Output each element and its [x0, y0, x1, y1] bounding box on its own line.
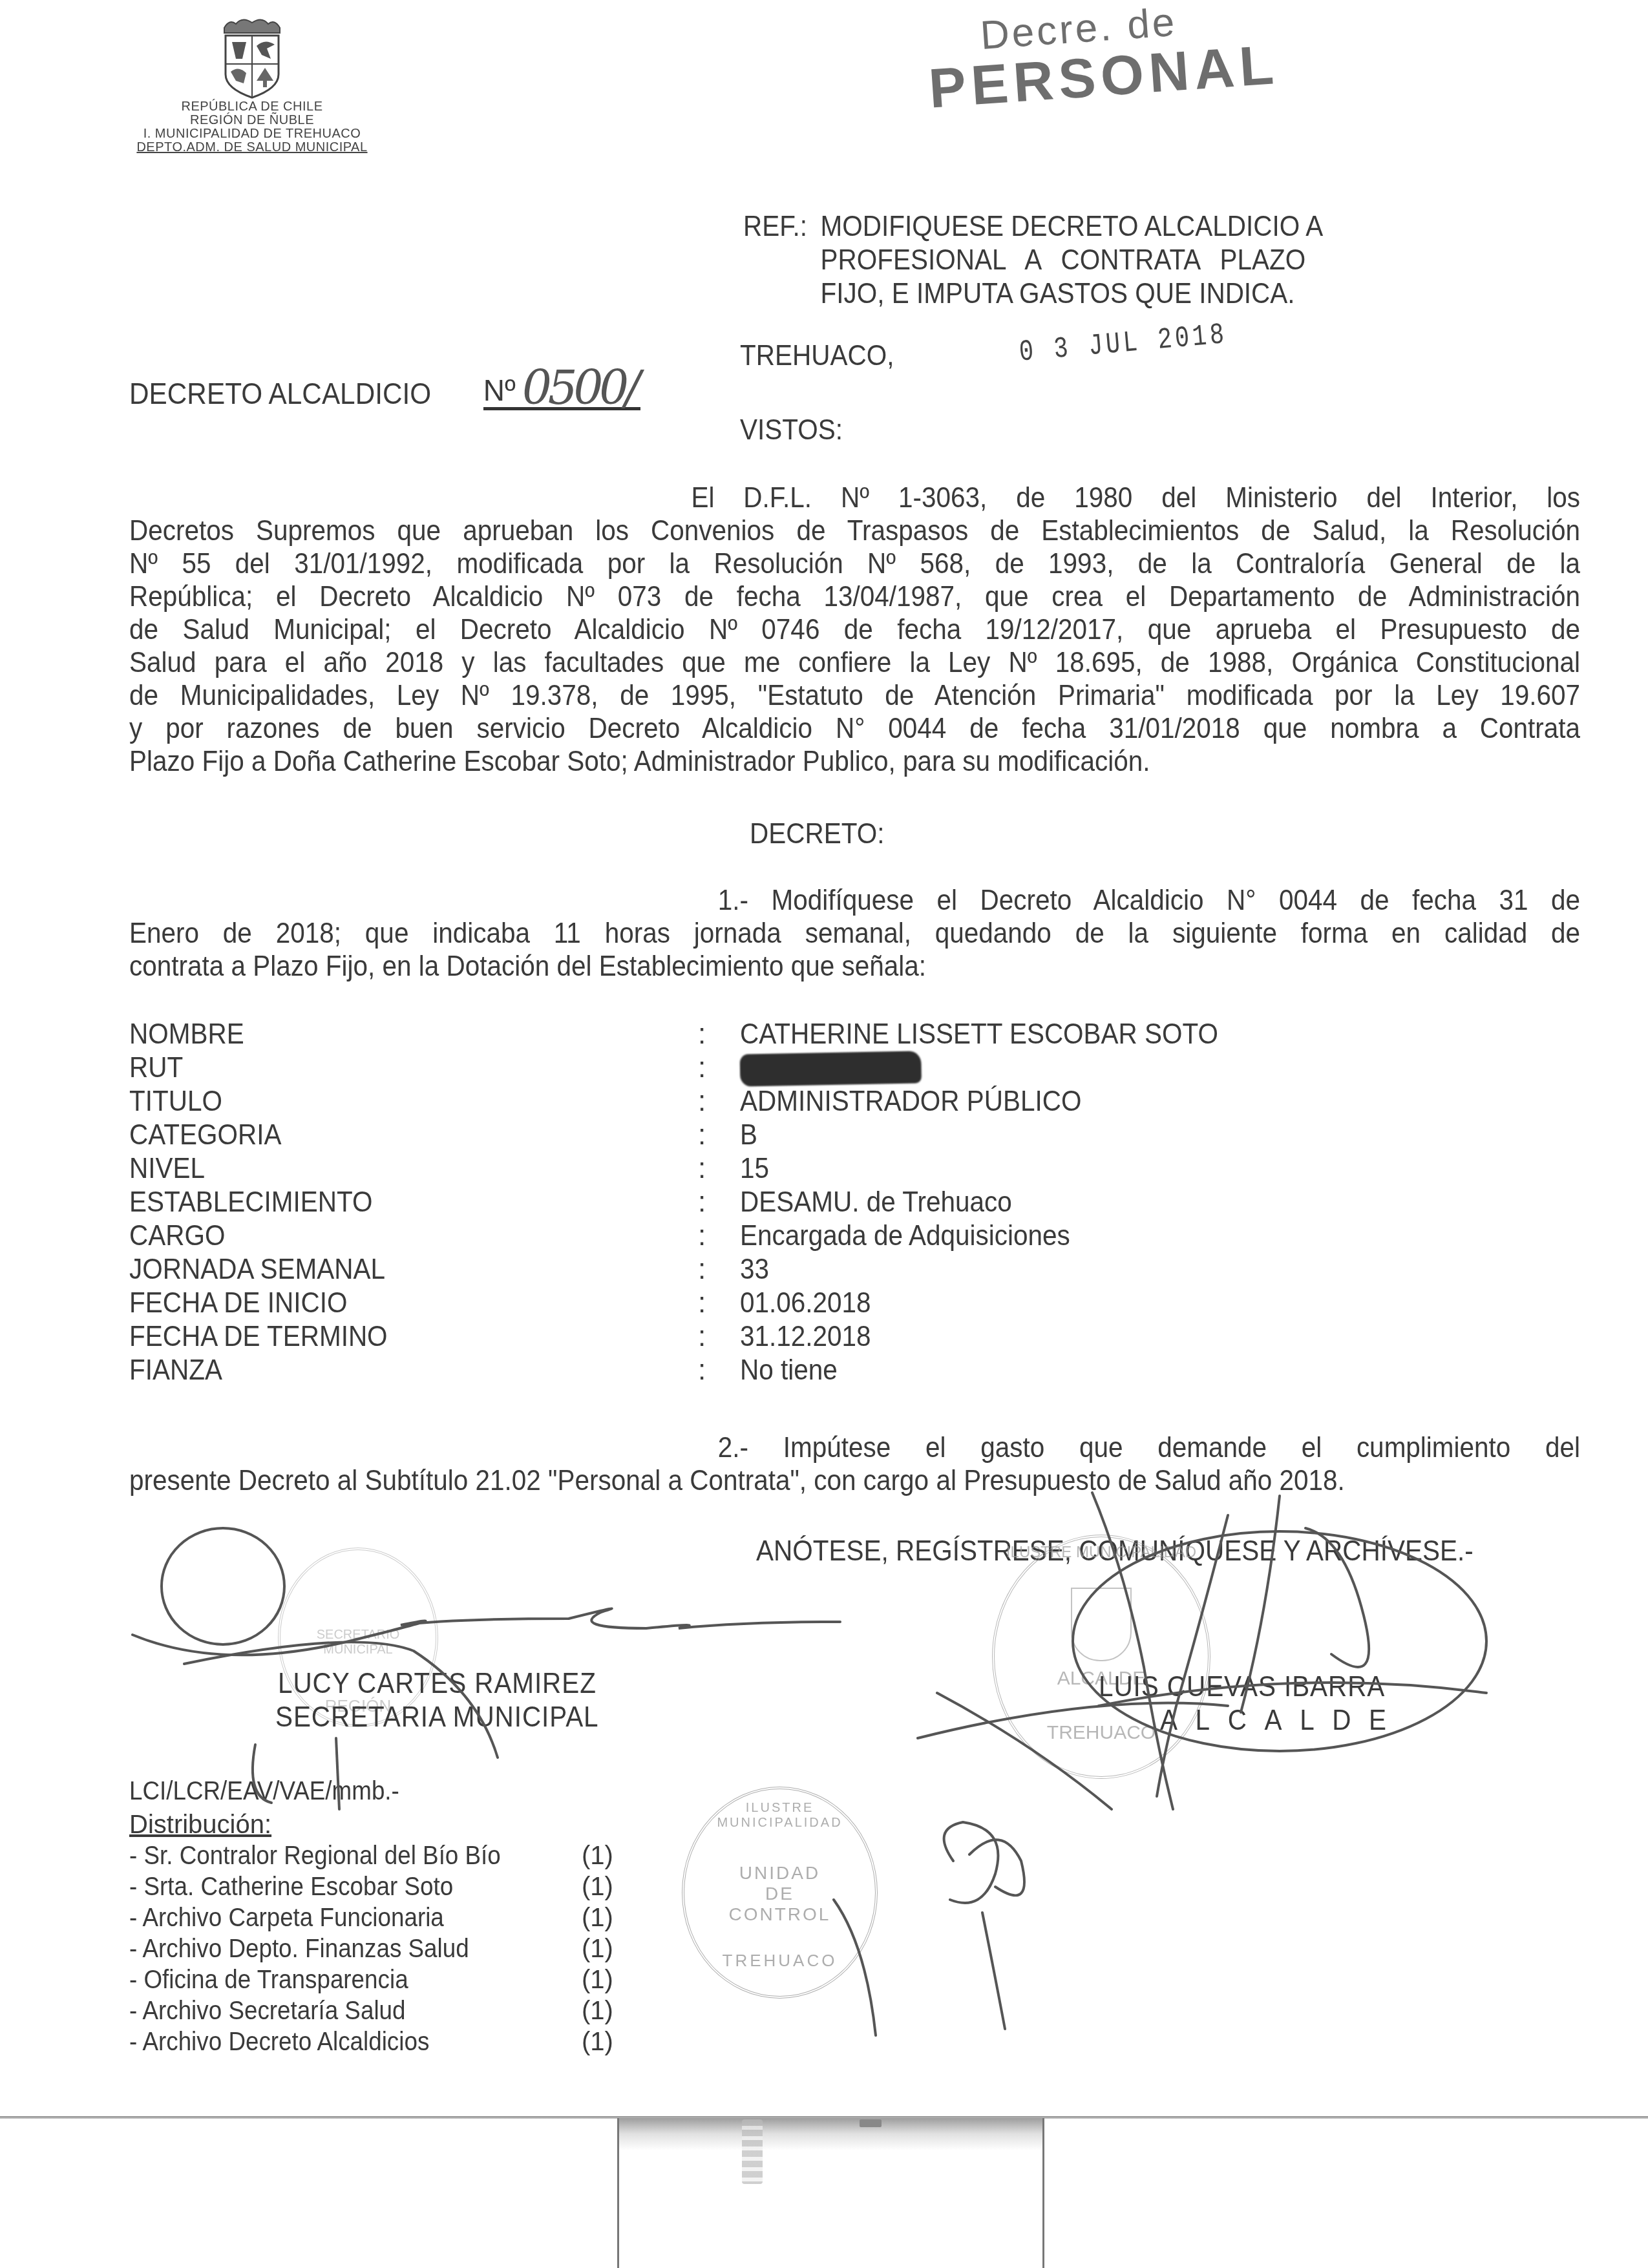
distribution-recipient: - Archivo Depto. Finanzas Salud [129, 1933, 545, 1964]
distribution-copies: (1) [582, 1933, 613, 1964]
number-sign: Nº [483, 373, 516, 407]
mayor-signature-block: LUIS CUEVAS IBARRA ALCALDE [1099, 1670, 1426, 1738]
vistos-line: de Salud Municipal; el Decreto Alcaldici… [129, 613, 1580, 646]
reference-block: REF.: MODIFIQUESE DECRETO ALCALDICIO A P… [743, 210, 1323, 311]
item1-line: 1.- Modifíquese el Decreto Alcaldicio N°… [129, 884, 1580, 917]
item2-line: 2.- Impútese el gasto que demande el cum… [129, 1431, 1580, 1464]
field-colon: : [698, 1051, 740, 1085]
field-row-titulo: TITULO:ADMINISTRADOR PÚBLICO [129, 1085, 1260, 1118]
field-label: NIVEL [129, 1152, 653, 1186]
distribution-copies: (1) [582, 1902, 613, 1933]
secretary-signature-block: LUCY CARTES RAMIREZ SECRETARIA MUNICIPAL [271, 1667, 627, 1734]
ref-line: MODIFIQUESE DECRETO ALCALDICIO A [821, 210, 1324, 244]
vistos-line: Salud para el año 2018 y las facultades … [129, 646, 1580, 679]
vistos-line: Nº 55 del 31/01/1992, modificada por la … [129, 547, 1580, 580]
control-unit-seal: ILUSTRE MUNICIPALIDAD UNIDAD DE CONTROL … [682, 1787, 878, 1999]
mayor-seal-ring: ILUSTRE MUNICIPALIDAD [995, 1544, 1208, 1562]
distribution-item: - Archivo Secretaría Salud(1) [129, 1995, 613, 2026]
control-seal-line: CONTROL [684, 1904, 875, 1925]
field-row-cargo: CARGO:Encargada de Adquisiciones [129, 1219, 1260, 1253]
field-row-categoria: CATEGORIA:B [129, 1118, 1260, 1152]
field-row-fianza: FIANZA:No tiene [129, 1354, 1260, 1387]
mayor-name: LUIS CUEVAS IBARRA [1099, 1670, 1399, 1704]
field-row-rut: RUT: [129, 1051, 1260, 1085]
distribution-list: Distribución: - Sr. Contralor Regional d… [129, 1809, 613, 2057]
initials: LCI/LCR/EAV/VAE/mmb.- [129, 1776, 399, 1807]
field-value: 15 [740, 1152, 769, 1186]
distribution-recipient: - Srta. Catherine Escobar Soto [129, 1871, 545, 1902]
vistos-line: de Municipalidades, Ley Nº 19.378, de 19… [129, 679, 1580, 712]
coat-of-arms-icon [217, 16, 288, 100]
field-row-nivel: NIVEL:15 [129, 1152, 1260, 1186]
letterhead: REPÚBLICA DE CHILE REGIÓN DE ÑUBLE I. MU… [116, 16, 388, 154]
field-colon: : [698, 1118, 740, 1152]
distribution-heading: Distribución: [129, 1809, 613, 1840]
distribution-item: - Srta. Catherine Escobar Soto(1) [129, 1871, 613, 1902]
control-seal-ring: ILUSTRE MUNICIPALIDAD [684, 1801, 875, 1831]
field-value: CATHERINE LISSETT ESCOBAR SOTO [740, 1018, 1218, 1051]
vistos-line: Plazo Fijo a Doña Catherine Escobar Soto… [129, 745, 1580, 778]
vistos-paragraph: El D.F.L. Nº 1-3063, de 1980 del Ministe… [129, 481, 1580, 778]
field-label: TITULO [129, 1085, 653, 1118]
field-label: JORNADA SEMANAL [129, 1253, 653, 1286]
field-label: FECHA DE TERMINO [129, 1320, 653, 1354]
employee-details: NOMBRE:CATHERINE LISSETT ESCOBAR SOTORUT… [129, 1018, 1260, 1387]
field-row-fecha-de-inicio: FECHA DE INICIO:01.06.2018 [129, 1286, 1260, 1320]
field-value: 31.12.2018 [740, 1320, 871, 1354]
header-line-municipality: I. MUNICIPALIDAD DE TREHUACO [116, 127, 388, 141]
distribution-item: - Oficina de Transparencia(1) [129, 1964, 613, 1995]
field-label: ESTABLECIMIENTO [129, 1186, 653, 1219]
distribution-copies: (1) [582, 1840, 613, 1871]
secretary-name: LUCY CARTES RAMIREZ [278, 1667, 599, 1701]
field-colon: : [698, 1320, 740, 1354]
field-colon: : [698, 1018, 740, 1051]
field-colon: : [698, 1085, 740, 1118]
field-row-establecimiento: ESTABLECIMIENTO:DESAMU. de Trehuaco [129, 1186, 1260, 1219]
date-stamp: 0 3 JUL 2018 [1018, 318, 1229, 370]
ref-line: FIJO, E IMPUTA GASTOS QUE INDICA. [821, 277, 1324, 311]
ref-line: PROFESIONAL A CONTRATA PLAZO [821, 244, 1324, 277]
vistos-line: Decretos Supremos que aprueban los Conve… [129, 514, 1580, 547]
redaction-blot [740, 1051, 922, 1086]
item1-line: contrata a Plazo Fijo, en la Dotación de… [129, 950, 1580, 983]
personal-decree-stamp: Decre. de PERSONAL [924, 0, 1280, 118]
decreto-item-1: 1.- Modifíquese el Decreto Alcaldicio N°… [129, 884, 1580, 983]
vistos-line: y por razones de buen servicio Decreto A… [129, 712, 1580, 745]
vistos-line: El D.F.L. Nº 1-3063, de 1980 del Ministe… [129, 481, 1580, 514]
field-row-fecha-de-termino: FECHA DE TERMINO:31.12.2018 [129, 1320, 1260, 1354]
field-label: FIANZA [129, 1354, 653, 1387]
distribution-copies: (1) [582, 2026, 613, 2057]
field-label: FECHA DE INICIO [129, 1286, 653, 1320]
field-colon: : [698, 1152, 740, 1186]
handwritten-decree-number: 0500/ [522, 368, 637, 407]
distribution-recipient: - Sr. Contralor Regional del Bío Bío [129, 1840, 545, 1871]
field-label: RUT [129, 1051, 653, 1085]
item2-line: presente Decreto al Subtítulo 21.02 "Per… [129, 1464, 1580, 1497]
control-seal-bottom: TREHUACO [684, 1951, 875, 1971]
distribution-recipient: - Oficina de Transparencia [129, 1964, 545, 1995]
control-seal-line: UNIDAD [684, 1863, 875, 1884]
field-colon: : [698, 1186, 740, 1219]
stamp-line-2: PERSONAL [927, 36, 1280, 118]
place: TREHUACO, [740, 339, 894, 373]
mayor-title: ALCALDE [1160, 1704, 1404, 1738]
distribution-item: - Archivo Depto. Finanzas Salud(1) [129, 1933, 613, 1964]
field-colon: : [698, 1253, 740, 1286]
field-value: DESAMU. de Trehuaco [740, 1186, 1012, 1219]
field-value: 33 [740, 1253, 769, 1286]
distribution-copies: (1) [582, 1871, 613, 1902]
decreto-heading: DECRETO: [750, 817, 884, 851]
distribution-recipient: - Archivo Carpeta Funcionaria [129, 1902, 545, 1933]
ref-label: REF.: [743, 210, 821, 311]
field-value: No tiene [740, 1354, 838, 1387]
field-value: ADMINISTRADOR PÚBLICO [740, 1085, 1082, 1118]
secretary-title: SECRETARIA MUNICIPAL [275, 1701, 599, 1734]
film-strip-icon [742, 2119, 763, 2184]
field-row-nombre: NOMBRE:CATHERINE LISSETT ESCOBAR SOTO [129, 1018, 1260, 1051]
field-colon: : [698, 1286, 740, 1320]
field-value: 01.06.2018 [740, 1286, 871, 1320]
header-line-region: REGIÓN DE ÑUBLE [116, 114, 388, 127]
mayor-seal: ILUSTRE MUNICIPALIDAD ALCALDE TREHUACO [992, 1535, 1210, 1779]
mayor-seal-crest-icon [1071, 1588, 1132, 1661]
control-seal-line: DE [684, 1884, 875, 1904]
distribution-copies: (1) [582, 1995, 613, 2026]
field-row-jornada-semanal: JORNADA SEMANAL:33 [129, 1253, 1260, 1286]
field-value: Encargada de Adquisiciones [740, 1219, 1070, 1253]
field-colon: : [698, 1219, 740, 1253]
decree-number-label: DECRETO ALCALDICIO [129, 377, 431, 410]
field-colon: : [698, 1354, 740, 1387]
distribution-item: - Sr. Contralor Regional del Bío Bío(1) [129, 1840, 613, 1871]
field-label: CARGO [129, 1219, 653, 1253]
distribution-copies: (1) [582, 1964, 613, 1995]
scanner-slot-artifact [860, 2119, 882, 2127]
vistos-heading: VISTOS: [740, 414, 843, 447]
decreto-item-2: 2.- Impútese el gasto que demande el cum… [129, 1431, 1580, 1497]
decree-number: DECRETO ALCALDICIO Nº 0500/ [129, 368, 640, 410]
header-line-country: REPÚBLICA DE CHILE [116, 100, 388, 114]
item1-line: Enero de 2018; que indicaba 11 horas jor… [129, 917, 1580, 950]
distribution-recipient: - Archivo Decreto Alcaldicios [129, 2026, 545, 2057]
scan-tab-artifact [617, 2118, 1044, 2268]
vistos-line: República; el Decreto Alcaldicio Nº 073 … [129, 580, 1580, 613]
redacted-value [740, 1051, 922, 1085]
field-value: B [740, 1118, 757, 1152]
distribution-item: - Archivo Carpeta Funcionaria(1) [129, 1902, 613, 1933]
header-line-department: DEPTO.ADM. DE SALUD MUNICIPAL [116, 141, 388, 154]
distribution-item: - Archivo Decreto Alcaldicios(1) [129, 2026, 613, 2057]
secretary-seal-center: SECRETARIO MUNICIPAL [280, 1628, 436, 1657]
field-label: CATEGORIA [129, 1118, 653, 1152]
field-label: NOMBRE [129, 1018, 653, 1051]
distribution-recipient: - Archivo Secretaría Salud [129, 1995, 545, 2026]
